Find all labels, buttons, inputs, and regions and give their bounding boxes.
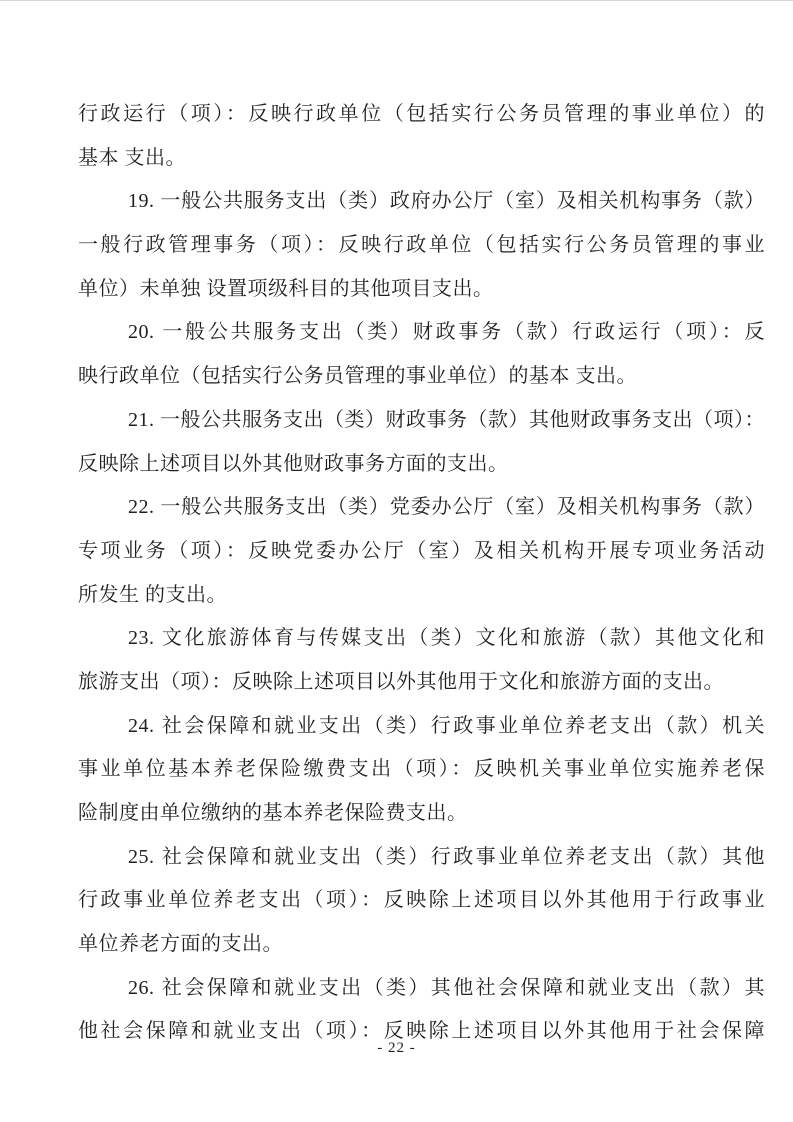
text-line: 单位养老方面的支出。 [78, 923, 765, 967]
text-line: 行政事业单位养老支出（项）：反映除上述项目以外其他用于行政事业 [78, 879, 765, 923]
text-line: 行政运行（项）：反映行政单位（包括实行公务员管理的事业单位）的 [78, 93, 765, 137]
text-line: 单位）未单独 设置项级科目的其他项目支出。 [78, 268, 765, 312]
text-line: 25. 社会保障和就业支出（类）行政事业单位养老支出（款）其他 [78, 836, 765, 880]
document-text-block: 行政运行（项）：反映行政单位（包括实行公务员管理的事业单位）的基本 支出。19.… [78, 93, 765, 1054]
text-line: 映行政单位（包括实行公务员管理的事业单位）的基本 支出。 [78, 355, 765, 399]
text-line: 24. 社会保障和就业支出（类）行政事业单位养老支出（款）机关 [78, 705, 765, 749]
text-line: 22. 一般公共服务支出（类）党委办公厅（室）及相关机构事务（款） [78, 486, 765, 530]
text-line: 事业单位基本养老保险缴费支出（项）：反映机关事业单位实施养老保 [78, 748, 765, 792]
text-line: 一般行政管理事务（项）：反映行政单位（包括实行公务员管理的事业 [78, 224, 765, 268]
text-line: 专项业务（项）：反映党委办公厅（室）及相关机构开展专项业务活动 [78, 530, 765, 574]
text-line: 21. 一般公共服务支出（类）财政事务（款）其他财政事务支出（项）： [78, 399, 765, 443]
page-number: - 22 - [0, 1036, 793, 1060]
text-line: 20. 一般公共服务支出（类）财政事务（款）行政运行（项）：反 [78, 311, 765, 355]
text-line: 26. 社会保障和就业支出（类）其他社会保障和就业支出（款）其 [78, 967, 765, 1011]
text-line: 险制度由单位缴纳的基本养老保险费支出。 [78, 792, 765, 836]
text-line: 基本 支出。 [78, 137, 765, 181]
text-line: 反映除上述项目以外其他财政事务方面的支出。 [78, 443, 765, 487]
text-line: 19. 一般公共服务支出（类）政府办公厅（室）及相关机构事务（款） [78, 180, 765, 224]
text-line: 23. 文化旅游体育与传媒支出（类）文化和旅游（款）其他文化和 [78, 617, 765, 661]
document-page: 行政运行（项）：反映行政单位（包括实行公务员管理的事业单位）的基本 支出。19.… [0, 0, 793, 1122]
text-line: 所发生 的支出。 [78, 574, 765, 618]
text-line: 旅游支出（项）：反映除上述项目以外其他用于文化和旅游方面的支出。 [78, 661, 765, 705]
